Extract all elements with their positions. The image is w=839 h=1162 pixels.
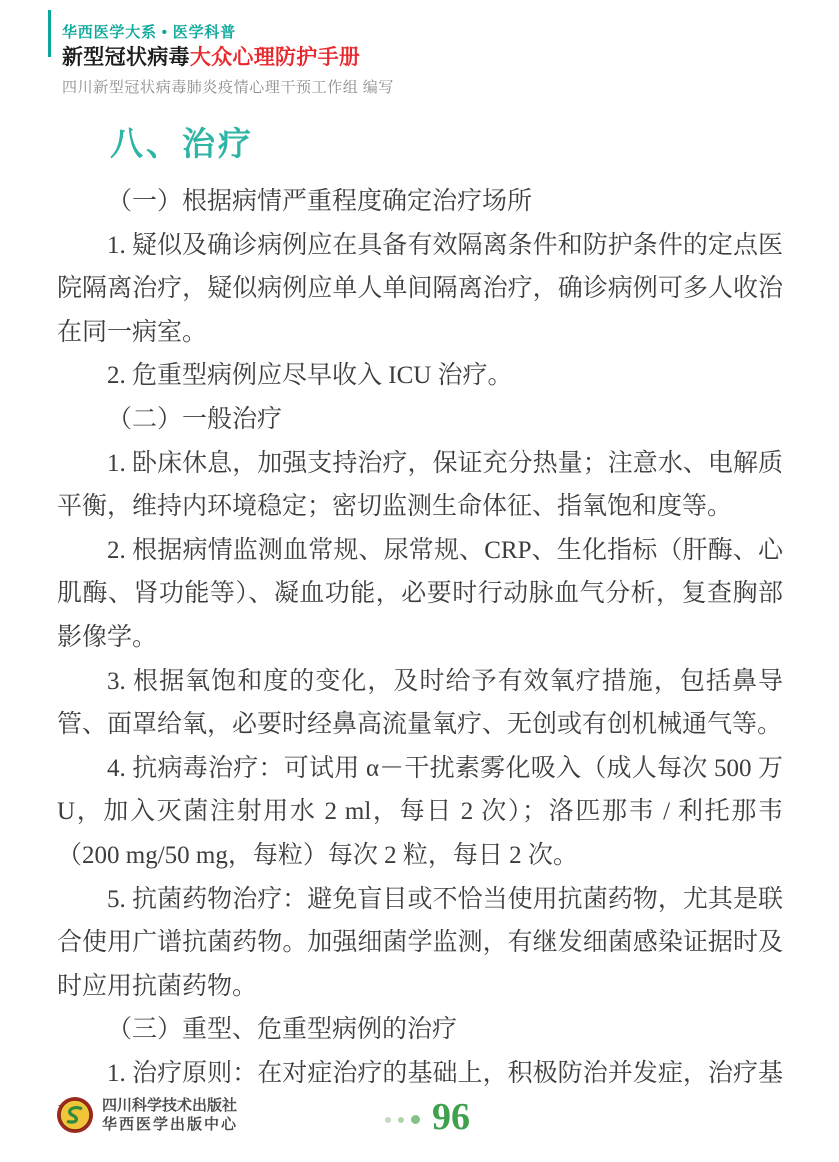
paragraph: 1. 疑似及确诊病例应在具备有效隔离条件和防护条件的定点医院隔离治疗，疑似病例应… — [57, 224, 783, 355]
book-page: 华西医学大系 • 医学科普 新型冠状病毒大众心理防护手册 四川新型冠状病毒肺炎疫… — [0, 0, 839, 1162]
paragraph: 3. 根据氧饱和度的变化，及时给予有效氧疗措施，包括鼻导管、面罩给氧，必要时经鼻… — [57, 660, 783, 747]
paragraph: 1. 卧床休息，加强支持治疗，保证充分热量；注意水、电解质平衡，维持内环境稳定；… — [57, 442, 783, 529]
page-dot-icon — [411, 1115, 420, 1124]
series-title: 华西医学大系 • 医学科普 — [62, 21, 394, 42]
publisher-logo-icon — [56, 1096, 94, 1134]
paragraph: 2. 危重型病例应尽早收入 ICU 治疗。 — [57, 354, 783, 398]
header-accent-bar — [48, 10, 51, 57]
page-dot-icon — [385, 1117, 391, 1123]
book-title-black: 新型冠状病毒 — [62, 46, 190, 69]
page-number-block: 96 — [385, 1098, 470, 1136]
book-title: 新型冠状病毒大众心理防护手册 — [62, 46, 394, 70]
section-title: 八、治疗 — [110, 118, 254, 165]
subheading-2: （二）一般治疗 — [57, 398, 783, 442]
page-header: 华西医学大系 • 医学科普 新型冠状病毒大众心理防护手册 四川新型冠状病毒肺炎疫… — [62, 21, 394, 97]
publisher-name-block: 四川科学技术出版社 华西医学出版中心 — [102, 1096, 238, 1134]
publisher-line1: 四川科学技术出版社 — [102, 1096, 238, 1115]
book-title-red: 大众心理防护手册 — [190, 46, 360, 69]
subheading-1: （一）根据病情严重程度确定治疗场所 — [57, 180, 783, 224]
paragraph: 2. 根据病情监测血常规、尿常规、CRP、生化指标（肝酶、心肌酶、肾功能等）、凝… — [57, 529, 783, 660]
body-text: （一）根据病情严重程度确定治疗场所 1. 疑似及确诊病例应在具备有效隔离条件和防… — [57, 180, 783, 1139]
paragraph: 5. 抗菌药物治疗：避免盲目或不恰当使用抗菌药物，尤其是联合使用广谱抗菌药物。加… — [57, 878, 783, 1009]
page-number: 96 — [432, 1098, 470, 1136]
subheading-3: （三）重型、危重型病例的治疗 — [57, 1008, 783, 1052]
publisher-line2: 华西医学出版中心 — [102, 1115, 238, 1134]
byline: 四川新型冠状病毒肺炎疫情心理干预工作组 编写 — [62, 76, 394, 97]
publisher-block: 四川科学技术出版社 华西医学出版中心 — [56, 1096, 238, 1134]
paragraph: 4. 抗病毒治疗：可试用 α－干扰素雾化吸入（成人每次 500 万 U，加入灭菌… — [57, 747, 783, 878]
page-dot-icon — [398, 1117, 404, 1123]
